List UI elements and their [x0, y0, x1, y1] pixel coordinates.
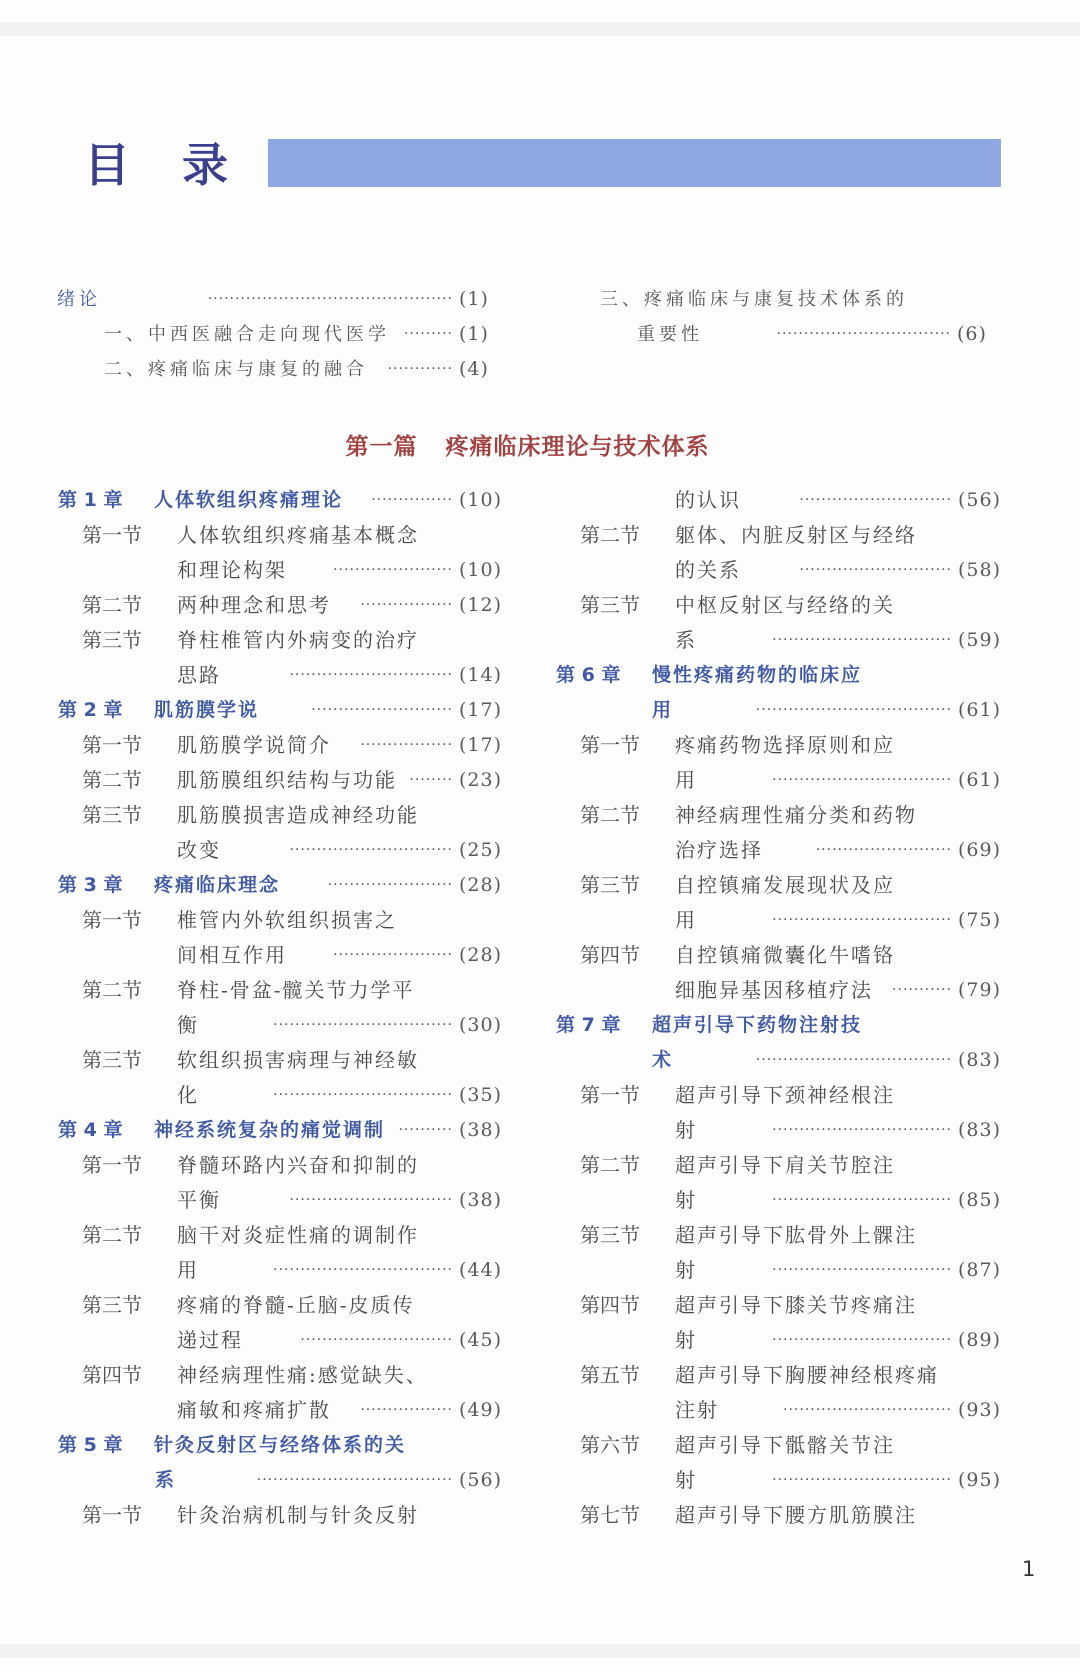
toc-entry-title: 自控镇痛微囊化牛嗜铬 [675, 938, 895, 973]
toc-section-entry[interactable]: 的认识(56)···························· [0, 483, 1080, 518]
toc-entry-label: 第三节 [580, 868, 640, 903]
dot-leader: ································· [705, 903, 952, 938]
toc-chapter-entry[interactable]: 第 7 章超声引导下药物注射技 [0, 1008, 1080, 1043]
toc-entry-title: 超声引导下肱骨外上髁注 [675, 1218, 917, 1253]
toc-section-entry[interactable]: 注射(93)······························· [0, 1393, 1080, 1428]
toc-intro-entry[interactable]: 二、疼痛临床与康复的融合(4)············ [0, 352, 1080, 387]
toc-page-number: (61) [958, 763, 1001, 798]
toc-section-entry[interactable]: 第五节超声引导下胸腰神经根疼痛 [0, 1358, 1080, 1393]
bottom-gray-band [0, 1644, 1080, 1658]
toc-section-entry[interactable]: 第三节超声引导下肱骨外上髁注 [0, 1218, 1080, 1253]
toc-section-entry[interactable]: 射(95)································· [0, 1463, 1080, 1498]
toc-entry-title: 躯体、内脏反射区与经络 [675, 518, 917, 553]
toc-section-entry[interactable]: 射(85)································· [0, 1183, 1080, 1218]
toc-section-entry[interactable]: 细胞异基因移植疗法(79)··········· [0, 973, 1080, 1008]
toc-page-number: (83) [958, 1113, 1001, 1148]
toc-section-entry[interactable]: 的关系(58)···························· [0, 553, 1080, 588]
toc-entry-title: 射 [675, 1463, 697, 1498]
toc-entry-label: 第一节 [580, 1078, 640, 1113]
toc-entry-label: 第三节 [580, 1218, 640, 1253]
toc-page-number: (59) [958, 623, 1001, 658]
part-title: 疼痛临床理论与技术体系 [446, 433, 710, 460]
toc-section-entry[interactable]: 系(59)································· [0, 623, 1080, 658]
toc-entry-title: 三、疼痛临床与康复技术体系的 [600, 282, 908, 317]
toc-page-number: (6) [957, 317, 987, 352]
toc-page-number: (87) [958, 1253, 1001, 1288]
title-char-1: 目 [84, 129, 130, 195]
toc-entry-title: 慢性疼痛药物的临床应 [652, 658, 862, 693]
dot-leader: ································· [705, 1463, 952, 1498]
toc-page-number: (61) [958, 693, 1001, 728]
toc-entry-title: 超声引导下颈神经根注 [675, 1078, 895, 1113]
dot-leader: ································· [705, 1253, 952, 1288]
page-number: 1 [1022, 1557, 1035, 1581]
toc-section-entry[interactable]: 第六节超声引导下骶髂关节注 [0, 1428, 1080, 1463]
dot-leader: ···································· [681, 693, 952, 728]
toc-page-number: (95) [958, 1463, 1001, 1498]
toc-entry-title: 神经病理性痛分类和药物 [675, 798, 917, 833]
toc-entry-label: 第五节 [580, 1358, 640, 1393]
title-decorative-bar [268, 139, 1001, 187]
toc-entry-title: 的认识 [675, 483, 741, 518]
toc-entry-label: 第二节 [580, 518, 640, 553]
toc-entry-title: 超声引导下骶髂关节注 [675, 1428, 895, 1463]
dot-leader: ························· [771, 833, 952, 868]
toc-section-entry[interactable]: 治疗选择(69)························· [0, 833, 1080, 868]
dot-leader: ································ [711, 317, 951, 352]
toc-entry-title: 注射 [675, 1393, 719, 1428]
toc-entry-title: 用 [675, 763, 697, 798]
toc-section-entry[interactable]: 第四节超声引导下膝关节疼痛注 [0, 1288, 1080, 1323]
toc-entry-title: 射 [675, 1113, 697, 1148]
toc-entry-label: 第六节 [580, 1428, 640, 1463]
toc-section-entry[interactable]: 用(61)································· [0, 763, 1080, 798]
part-heading: 第一篇疼痛临床理论与技术体系 [0, 428, 1055, 461]
toc-entry-title: 超声引导下腰方肌筋膜注 [675, 1498, 917, 1533]
dot-leader: ···························· [749, 553, 952, 588]
toc-page-number: (79) [958, 973, 1001, 1008]
toc-entry-title: 自控镇痛发展现状及应 [675, 868, 895, 903]
toc-entry-label: 第 6 章 [556, 658, 620, 693]
toc-entry-title: 超声引导下胸腰神经根疼痛 [675, 1358, 939, 1393]
toc-section-entry[interactable]: 第四节自控镇痛微囊化牛嗜铬 [0, 938, 1080, 973]
dot-leader: ···························· [749, 483, 952, 518]
toc-entry-title: 重要性 [637, 317, 703, 352]
toc-chapter-entry[interactable]: 第 6 章慢性疼痛药物的临床应 [0, 658, 1080, 693]
toc-page-number: (69) [958, 833, 1001, 868]
toc-entry-title: 超声引导下药物注射技 [652, 1008, 862, 1043]
toc-page-number: (56) [958, 483, 1001, 518]
toc-page-number: (4) [459, 352, 489, 387]
toc-entry-title: 中枢反射区与经络的关 [675, 588, 895, 623]
toc-entry-title: 用 [652, 693, 673, 728]
toc-section-entry[interactable]: 第三节自控镇痛发展现状及应 [0, 868, 1080, 903]
dot-leader: ································· [705, 1183, 952, 1218]
toc-section-entry[interactable]: 射(87)································· [0, 1253, 1080, 1288]
toc-entry-label: 第二节 [580, 1148, 640, 1183]
toc-entry-label: 第一节 [580, 728, 640, 763]
toc-page-number: (75) [958, 903, 1001, 938]
toc-entry-label: 第 7 章 [556, 1008, 620, 1043]
dot-leader: ··········· [881, 973, 952, 1008]
toc-chapter-entry[interactable]: 用(61)···································… [0, 693, 1080, 728]
toc-page-number: (83) [958, 1043, 1001, 1078]
toc-section-entry[interactable]: 用(75)································· [0, 903, 1080, 938]
dot-leader: ································· [705, 1323, 952, 1358]
toc-entry-label: 第三节 [580, 588, 640, 623]
toc-intro-entry[interactable]: 重要性(6)································ [0, 317, 1080, 352]
dot-leader: ································· [705, 1113, 952, 1148]
toc-section-entry[interactable]: 第七节超声引导下腰方肌筋膜注 [0, 1498, 1080, 1533]
title-char-2: 录 [182, 129, 228, 195]
dot-leader: ······························· [727, 1393, 952, 1428]
toc-entry-title: 射 [675, 1323, 697, 1358]
toc-entry-title: 治疗选择 [675, 833, 763, 868]
toc-entry-title: 疼痛药物选择原则和应 [675, 728, 895, 763]
toc-section-entry[interactable]: 射(83)································· [0, 1113, 1080, 1148]
toc-section-entry[interactable]: 第一节超声引导下颈神经根注 [0, 1078, 1080, 1113]
toc-entry-title: 射 [675, 1253, 697, 1288]
toc-entry-title: 射 [675, 1183, 697, 1218]
toc-page-number: (58) [958, 553, 1001, 588]
toc-entry-label: 第四节 [580, 938, 640, 973]
top-gray-band [0, 22, 1080, 36]
toc-section-entry[interactable]: 射(89)································· [0, 1323, 1080, 1358]
toc-entry-title: 系 [675, 623, 697, 658]
toc-chapter-entry[interactable]: 术(83)···································… [0, 1043, 1080, 1078]
toc-intro-entry[interactable]: 三、疼痛临床与康复技术体系的 [0, 282, 1080, 317]
toc-page-number: (93) [958, 1393, 1001, 1428]
toc-entry-label: 第四节 [580, 1288, 640, 1323]
toc-entry-title: 超声引导下肩关节腔注 [675, 1148, 895, 1183]
toc-entry-label: 第二节 [580, 798, 640, 833]
toc-section-entry[interactable]: 第二节躯体、内脏反射区与经络 [0, 518, 1080, 553]
toc-entry-title: 用 [675, 903, 697, 938]
toc-page-number: (85) [958, 1183, 1001, 1218]
dot-leader: ································· [705, 763, 952, 798]
dot-leader: ············ [376, 352, 453, 387]
toc-entry-title: 术 [652, 1043, 673, 1078]
toc-section-entry[interactable]: 第一节疼痛药物选择原则和应 [0, 728, 1080, 763]
dot-leader: ································· [705, 623, 952, 658]
toc-section-entry[interactable]: 第二节神经病理性痛分类和药物 [0, 798, 1080, 833]
toc-entry-title: 的关系 [675, 553, 741, 588]
part-number: 第一篇 [346, 433, 418, 460]
toc-entry-label: 第七节 [580, 1498, 640, 1533]
toc-entry-title: 二、疼痛临床与康复的融合 [104, 352, 368, 387]
toc-section-entry[interactable]: 第三节中枢反射区与经络的关 [0, 588, 1080, 623]
toc-page-number: (89) [958, 1323, 1001, 1358]
toc-section-entry[interactable]: 第二节超声引导下肩关节腔注 [0, 1148, 1080, 1183]
dot-leader: ···································· [681, 1043, 952, 1078]
toc-entry-title: 细胞异基因移植疗法 [675, 973, 873, 1008]
toc-entry-title: 超声引导下膝关节疼痛注 [675, 1288, 917, 1323]
